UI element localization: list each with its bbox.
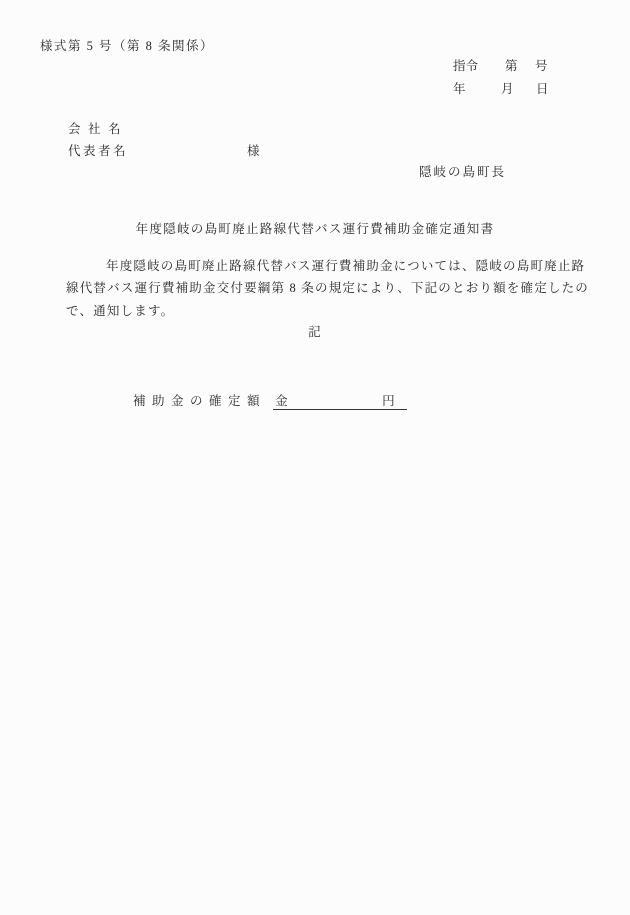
company-name-label: 会社名 bbox=[68, 119, 128, 137]
directive-number-prefix: 第 bbox=[505, 56, 518, 74]
body-paragraph: 年度隠岐の島町廃止路線代替バス運行費補助金については、隠岐の島町廃止路 線代替バ… bbox=[66, 255, 586, 322]
date-month-label: 月 bbox=[501, 79, 514, 97]
document-page: 様式第 5 号（第 8 条関係） 指令 第 号 年 月 日 会社名 代表者名 様… bbox=[0, 0, 630, 915]
representative-row: 代表者名 様 bbox=[68, 141, 468, 157]
form-number: 様式第 5 号（第 8 条関係） bbox=[40, 36, 214, 54]
amount-currency-suffix: 円 bbox=[382, 393, 395, 409]
amount-currency-prefix: 金 bbox=[275, 393, 288, 409]
document-title: 年度隠岐の島町廃止路線代替バス運行費補助金確定通知書 bbox=[0, 219, 630, 237]
amount-blank-field: 金 円 bbox=[273, 393, 407, 410]
honorific-sama: 様 bbox=[247, 141, 260, 159]
amount-label: 補助金の確定額 bbox=[133, 393, 266, 409]
sender-mayor: 隠岐の島町長 bbox=[419, 162, 506, 180]
directive-line: 指令 第 号 bbox=[453, 56, 563, 72]
amount-row: 補助金の確定額 金 円 bbox=[133, 393, 407, 411]
body-line-3: で、通知します。 bbox=[66, 300, 586, 322]
body-line-1: 年度隠岐の島町廃止路線代替バス運行費補助金については、隠岐の島町廃止路 bbox=[66, 255, 586, 277]
directive-number-suffix: 号 bbox=[535, 56, 548, 74]
date-day-label: 日 bbox=[536, 79, 549, 97]
directive-label: 指令 bbox=[453, 56, 478, 74]
record-marker: 記 bbox=[0, 322, 630, 340]
date-line: 年 月 日 bbox=[453, 79, 563, 95]
date-year-label: 年 bbox=[453, 79, 466, 97]
representative-name-label: 代表者名 bbox=[68, 141, 128, 159]
body-line-2: 線代替バス運行費補助金交付要綱第 8 条の規定により、下記のとおり額を確定したの bbox=[66, 277, 586, 299]
